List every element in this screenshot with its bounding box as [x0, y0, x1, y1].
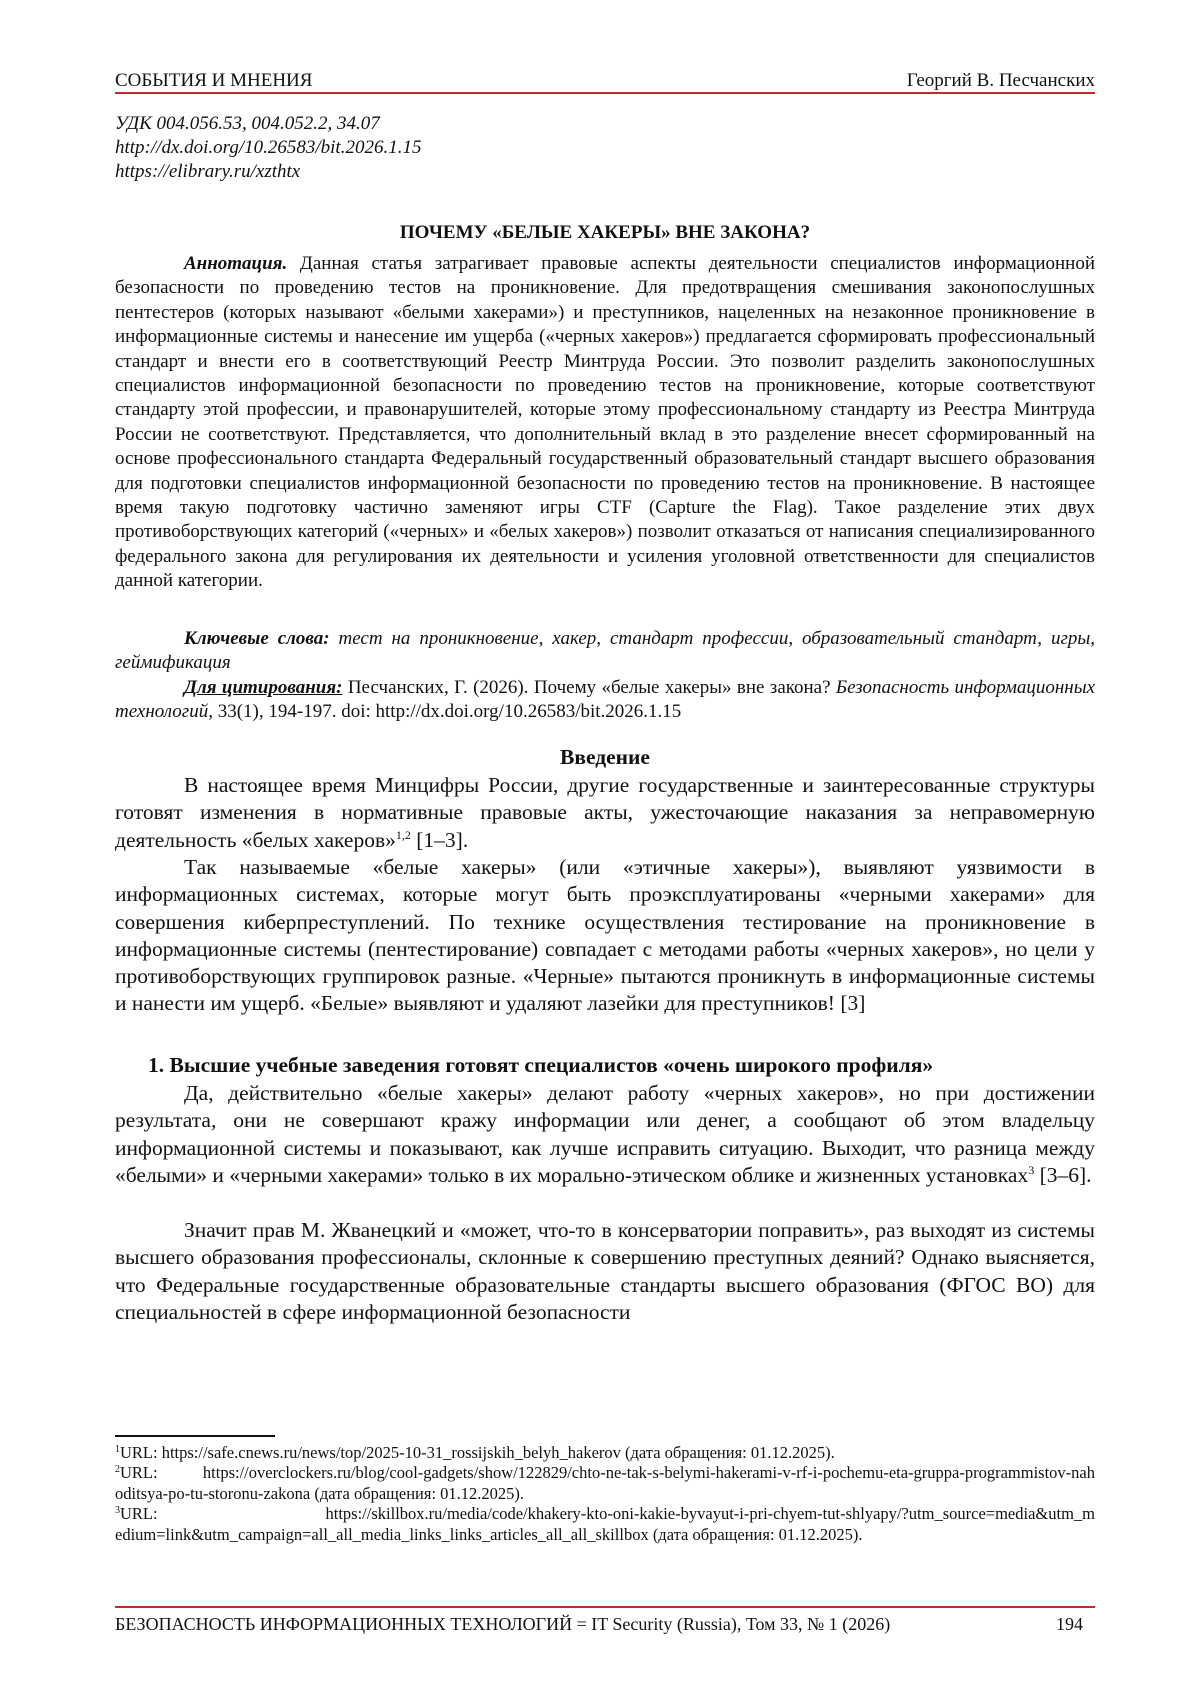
- footnotes: 1URL: https://safe.cnews.ru/news/top/202…: [115, 1443, 1095, 1545]
- header-section-label: СОБЫТИЯ И МНЕНИЯ: [115, 70, 312, 92]
- header-author: Георгий В. Песчанских: [907, 70, 1095, 92]
- section-1-p1-citation: [3–6].: [1034, 1163, 1091, 1187]
- doi-link[interactable]: http://dx.doi.org/10.26583/bit.2026.1.15: [115, 136, 421, 160]
- keywords: Ключевые слова: тест на проникновение, х…: [115, 627, 1095, 676]
- section-1-paragraph-1: Да, действительно «белые хакеры» делают …: [115, 1080, 1095, 1189]
- intro-p1-citation: [1–3].: [411, 828, 468, 852]
- running-footer: БЕЗОПАСНОСТЬ ИНФОРМАЦИОННЫХ ТЕХНОЛОГИЙ =…: [115, 1614, 1095, 1635]
- keywords-label: Ключевые слова:: [184, 628, 330, 649]
- footnote-3: 3URL: https://skillbox.ru/media/code/kha…: [115, 1504, 1095, 1545]
- abstract-label: Аннотация.: [184, 253, 287, 274]
- header-rule: [115, 92, 1095, 94]
- footer-rule: [115, 1606, 1095, 1608]
- section-1-paragraph-2: Значит прав М. Жванецкий и «может, что-т…: [115, 1217, 1095, 1326]
- footnote-1-text[interactable]: URL: https://safe.cnews.ru/news/top/2025…: [120, 1443, 835, 1462]
- page-number: 194: [1056, 1614, 1083, 1635]
- article-meta: УДК 004.056.53, 004.052.2, 34.07 http://…: [115, 112, 421, 184]
- intro-paragraph-1: В настоящее время Минцифры России, други…: [115, 772, 1095, 854]
- abstract-text: Данная статья затрагивает правовые аспек…: [115, 253, 1095, 591]
- section-1-p1-text: Да, действительно «белые хакеры» делают …: [115, 1081, 1095, 1187]
- citation-label: Для цитирования:: [184, 677, 342, 698]
- footnote-2: 2URL: https://overclockers.ru/blog/cool-…: [115, 1463, 1095, 1504]
- footnote-separator: [115, 1435, 275, 1437]
- citation-tail: 33(1), 194-197. doi: http://dx.doi.org/1…: [213, 701, 681, 722]
- intro-p1-text: В настоящее время Минцифры России, други…: [115, 773, 1095, 852]
- footnote-1: 1URL: https://safe.cnews.ru/news/top/202…: [115, 1443, 1095, 1463]
- abstract: Аннотация. Данная статья затрагивает пра…: [115, 252, 1095, 594]
- footer-journal: БЕЗОПАСНОСТЬ ИНФОРМАЦИОННЫХ ТЕХНОЛОГИЙ =…: [115, 1614, 890, 1635]
- intro-heading: Введение: [115, 745, 1095, 770]
- udk-code: УДК 004.056.53, 004.052.2, 34.07: [115, 112, 421, 136]
- elibrary-link[interactable]: https://elibrary.ru/xzthtx: [115, 160, 421, 184]
- citation-text: Песчанских, Г. (2026). Почему «белые хак…: [342, 677, 835, 698]
- footnote-2-text[interactable]: URL: https://overclockers.ru/blog/cool-g…: [115, 1463, 1095, 1502]
- intro-paragraph-2: Так называемые «белые хакеры» (или «этич…: [115, 854, 1095, 1018]
- running-header: СОБЫТИЯ И МНЕНИЯ Георгий В. Песчанских: [115, 62, 1095, 92]
- footnote-3-text[interactable]: URL: https://skillbox.ru/media/code/khak…: [115, 1504, 1095, 1543]
- section-1-heading: 1. Высшие учебные заведения готовят спец…: [148, 1053, 1095, 1078]
- citation: Для цитирования: Песчанских, Г. (2026). …: [115, 676, 1095, 725]
- article-title: ПОЧЕМУ «БЕЛЫЕ ХАКЕРЫ» ВНЕ ЗАКОНА?: [115, 222, 1095, 244]
- footnote-ref-1-2[interactable]: 1,2: [396, 828, 411, 842]
